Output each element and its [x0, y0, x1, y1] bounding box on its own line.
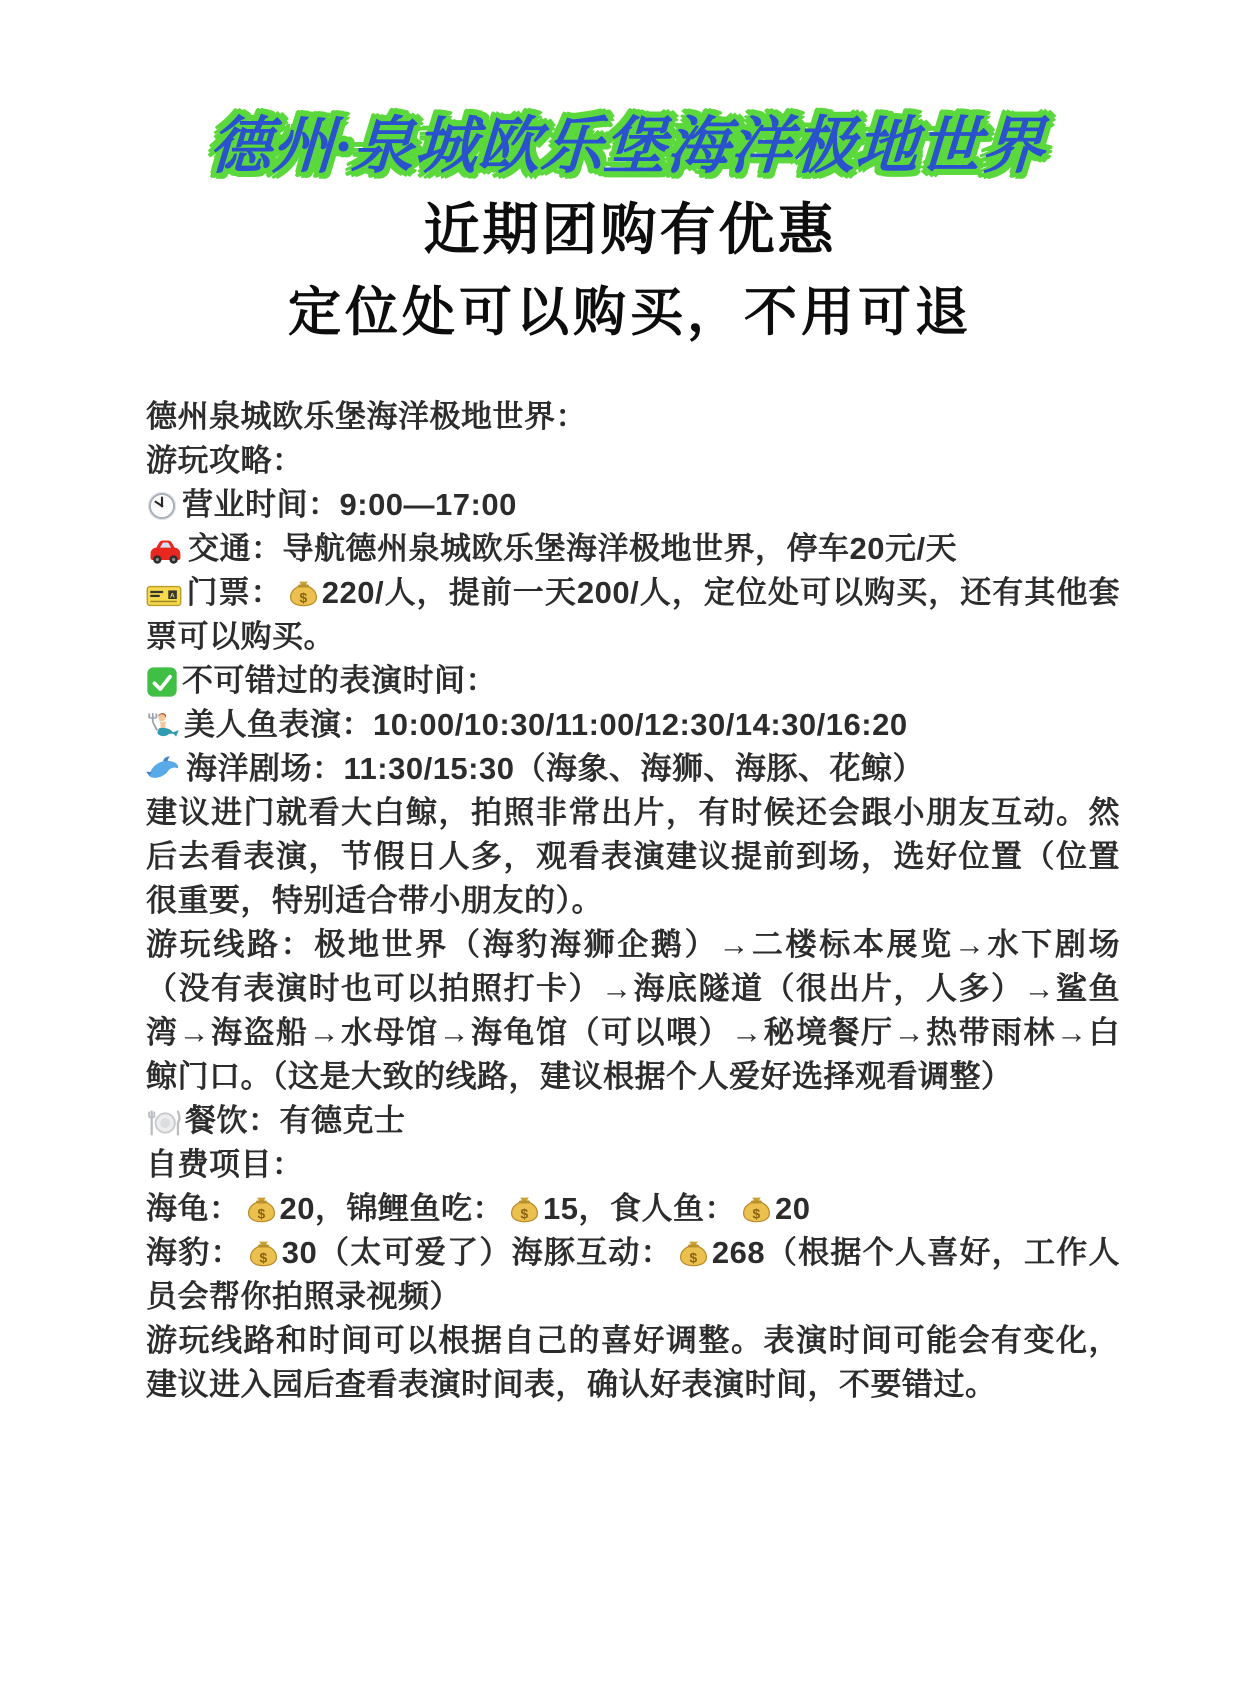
fees1-c: 15，食人鱼： [543, 1191, 736, 1226]
hours-line: 营业时间：9:00—17:00 [146, 483, 1120, 527]
money-bag-icon: $ [288, 579, 319, 610]
money-bag-icon: $ [246, 1195, 277, 1226]
closing-text: 游玩线路和时间可以根据自己的喜好调整。表演时间可能会有变化，建议进入园后查看表演… [146, 1323, 1120, 1402]
dining-text: 餐饮：有德克士 [185, 1103, 406, 1138]
check-icon [146, 666, 178, 698]
mermaid-show-line: 美人鱼表演：10:00/10:30/11:00/12:30/14:30/16:2… [146, 703, 1120, 747]
money-bag-icon: $ [678, 1239, 709, 1270]
mermaid-show-text: 美人鱼表演：10:00/10:30/11:00/12:30/14:30/16:2… [184, 707, 908, 742]
page-title: 德州·泉城欧乐堡海洋极地世界 [0, 0, 1260, 183]
fees1-d: 20 [775, 1191, 810, 1226]
fees1-b: 20，锦鲤鱼吃： [280, 1191, 504, 1226]
fees1-a: 海龟： [146, 1191, 241, 1226]
clock-icon [146, 490, 178, 522]
svg-text:$: $ [257, 1207, 265, 1222]
car-icon [146, 535, 184, 566]
traffic-line: 交通：导航德州泉城欧乐堡海洋极地世界，停车20元/天 [146, 527, 1120, 571]
ocean-theater-line: 海洋剧场：11:30/15:30（海象、海狮、海豚、花鲸） [146, 747, 1120, 791]
mermaid-icon [146, 710, 180, 742]
promo-subheading: 定位处可以购买，不用可退 [0, 282, 1260, 346]
ticket-line: A门票：$220/人，提前一天200/人，定位处可以购买，还有其他套票可以购买。 [146, 571, 1120, 659]
park-name-line: 德州泉城欧乐堡海洋极地世界： [146, 395, 1120, 439]
dolphin-icon [146, 755, 182, 786]
route-text: 游玩线路：极地世界（海豹海狮企鹅）→二楼标本展览→水下剧场（没有表演时也可以拍照… [146, 927, 1120, 1094]
svg-text:$: $ [520, 1207, 528, 1222]
money-bag-icon: $ [741, 1195, 772, 1226]
fees-seal-line: 海豹：$30（太可爱了）海豚互动：$268（根据个人喜好，工作人员会帮你拍照录视… [146, 1231, 1120, 1319]
shows-header-text: 不可错过的表演时间： [182, 663, 497, 698]
svg-text:$: $ [752, 1207, 760, 1222]
dining-line: 餐饮：有德克士 [146, 1099, 1120, 1143]
closing-paragraph: 游玩线路和时间可以根据自己的喜好调整。表演时间可能会有变化，建议进入园后查看表演… [146, 1319, 1120, 1407]
tip-paragraph: 建议进门就看大白鲸，拍照非常出片，有时候还会跟小朋友互动。然后去看表演，节假日人… [146, 791, 1120, 923]
svg-text:$: $ [259, 1251, 267, 1266]
fees2-a: 海豹： [146, 1235, 243, 1270]
hours-text: 营业时间：9:00—17:00 [182, 487, 517, 522]
svg-text:$: $ [299, 591, 307, 606]
tip-text: 建议进门就看大白鲸，拍照非常出片，有时候还会跟小朋友互动。然后去看表演，节假日人… [146, 795, 1120, 918]
cutlery-icon [146, 1108, 181, 1138]
guide-label-text: 游玩攻略： [146, 443, 304, 478]
promo-heading: 近期团购有优惠 [0, 199, 1260, 263]
ocean-theater-text: 海洋剧场：11:30/15:30（海象、海狮、海豚、花鲸） [186, 751, 924, 786]
ticket-label: 门票： [186, 575, 283, 610]
park-name-text: 德州泉城欧乐堡海洋极地世界： [146, 399, 587, 434]
route-paragraph: 游玩线路：极地世界（海豹海狮企鹅）→二楼标本展览→水下剧场（没有表演时也可以拍照… [146, 923, 1120, 1099]
flyer-page: 德州·泉城欧乐堡海洋极地世界 近期团购有优惠 定位处可以购买，不用可退 德州泉城… [0, 0, 1260, 1684]
guide-label-line: 游玩攻略： [146, 439, 1120, 483]
svg-text:$: $ [689, 1251, 697, 1266]
svg-text:A: A [170, 593, 175, 600]
fees2-b: 30（太可爱了）海豚互动： [282, 1235, 673, 1270]
money-bag-icon: $ [509, 1195, 540, 1226]
money-bag-icon: $ [248, 1239, 279, 1270]
guide-content: 德州泉城欧乐堡海洋极地世界： 游玩攻略： 营业时间：9:00—17:00 交通：… [0, 395, 1260, 1407]
traffic-text: 交通：导航德州泉城欧乐堡海洋极地世界，停车20元/天 [188, 531, 957, 566]
shows-header-line: 不可错过的表演时间： [146, 659, 1120, 703]
fees-turtle-line: 海龟：$20，锦鲤鱼吃：$15，食人鱼：$20 [146, 1187, 1120, 1231]
paid-items-label-text: 自费项目： [146, 1147, 304, 1182]
paid-items-label-line: 自费项目： [146, 1143, 1120, 1187]
ticket-icon: A [146, 582, 182, 610]
